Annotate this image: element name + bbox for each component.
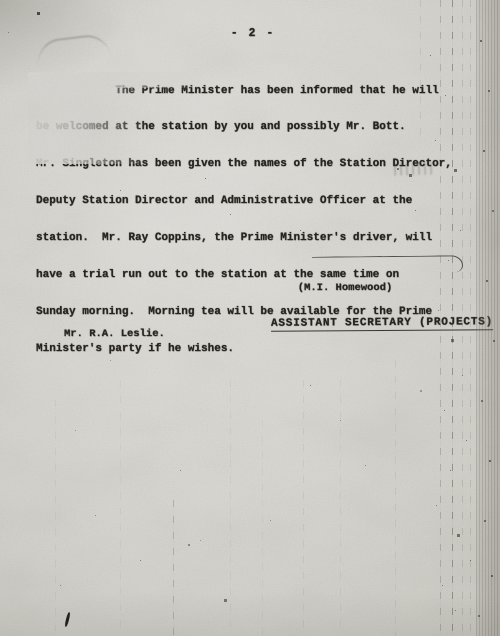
signature-name: (M.I. Homewood) xyxy=(227,282,463,294)
vertical-streak xyxy=(395,360,396,636)
addressee: Mr. R.A. Leslie. xyxy=(64,328,165,340)
bottom-shadow xyxy=(0,592,500,636)
vertical-streak xyxy=(470,0,471,636)
vertical-streak xyxy=(230,380,231,636)
body-line: station. Mr. Ray Coppins, the Prime Mini… xyxy=(36,232,452,244)
scanned-memo-page: - 2 - The Prime Minister has been inform… xyxy=(0,0,500,636)
signature-title: ASSISTANT SECRETARY (PROJECTS) xyxy=(271,316,493,332)
vertical-streak xyxy=(173,500,174,636)
vertical-streak xyxy=(120,380,121,636)
vertical-streak xyxy=(262,420,263,636)
scan-fade-overlay-strong xyxy=(28,72,203,88)
right-edge-scan-band xyxy=(476,0,500,636)
vertical-streak xyxy=(420,0,421,140)
vertical-streak xyxy=(440,0,441,636)
vertical-streak xyxy=(55,400,56,636)
vertical-streak xyxy=(462,0,463,636)
body-line: Deputy Station Director and Administrati… xyxy=(36,195,452,207)
speckle-layer xyxy=(0,0,2,2)
vertical-streak xyxy=(340,380,341,636)
vertical-streak xyxy=(452,0,453,636)
vertical-streak xyxy=(303,380,304,636)
faint-smudge-mark xyxy=(394,162,436,175)
